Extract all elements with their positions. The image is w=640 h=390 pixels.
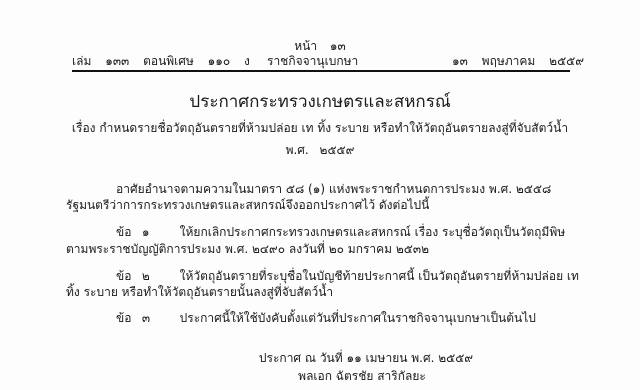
preamble-line-2: รัฐมนตรีว่าการกระทรวงเกษตรและสหกรณ์จึงออ… [66, 196, 429, 215]
date-month: พฤษภาคม [482, 54, 536, 68]
signatory-name: พลเอก ฉัตรชัย สาริกัลยะ [0, 367, 640, 386]
volume-label: เล่ม [72, 54, 91, 68]
header-divider [72, 70, 570, 72]
issue-label: ตอนพิเศษ [143, 54, 194, 68]
clause-3-text: ประกาศนี้ให้ใช้บังคับตั้งแต่วันที่ประกาศ… [180, 311, 536, 325]
document-year: พ.ศ. ๒๕๕๙ [0, 141, 640, 160]
clause-2-text: ให้วัตถุอันตรายที่ระบุชื่อในบัญชีท้ายประ… [180, 269, 579, 283]
issue-number: ๑๑๐ [208, 54, 231, 68]
issue-suffix: ง [244, 54, 250, 68]
gazette-page: หน้า ๑๓ เล่ม ๑๓๓ ตอนพิเศษ ๑๑๐ ง ราชกิจจา… [0, 0, 640, 390]
clause-2-line-2: ทิ้ง ระบาย หรือทำให้วัตถุอันตรายนั้นลงสู… [66, 283, 333, 302]
volume-number: ๑๓๓ [105, 54, 129, 68]
publication-date: ๑๓ พฤษภาคม ๒๕๕๙ [452, 52, 594, 71]
date-day: ๑๓ [452, 54, 468, 68]
clause-3-label: ข้อ [116, 309, 138, 328]
announcement-date: ประกาศ ณ วันที่ ๑๑ เมษายน พ.ศ. ๒๕๕๙ [0, 349, 640, 368]
date-year: ๒๕๕๙ [549, 54, 584, 68]
volume-info: เล่ม ๑๓๓ ตอนพิเศษ ๑๑๐ ง [72, 52, 260, 71]
page-label: หน้า [294, 39, 317, 53]
clause-1-text: ให้ยกเลิกประกาศกระทรวงเกษตรและสหกรณ์ เรื… [180, 225, 566, 239]
document-title: ประกาศกระทรวงเกษตรและสหกรณ์ [0, 88, 640, 115]
year-value: ๒๕๕๙ [320, 143, 355, 157]
year-label: พ.ศ. [286, 143, 309, 157]
publication-name: ราชกิจจานุเบกษา [267, 52, 358, 71]
clause-3-line-1: ข้อ ๓ ประกาศนี้ให้ใช้บังคับตั้งแต่วันที่… [116, 309, 536, 328]
document-subject: เรื่อง กำหนดรายชื่อวัตถุอันตรายที่ห้ามปล… [0, 119, 640, 138]
clause-1-line-2: ตามพระราชบัญญัติการประมง พ.ศ. ๒๔๙๐ ลงวัน… [66, 240, 429, 259]
clause-3-number: ๓ [142, 309, 176, 328]
page-number-value: ๑๓ [330, 39, 346, 53]
